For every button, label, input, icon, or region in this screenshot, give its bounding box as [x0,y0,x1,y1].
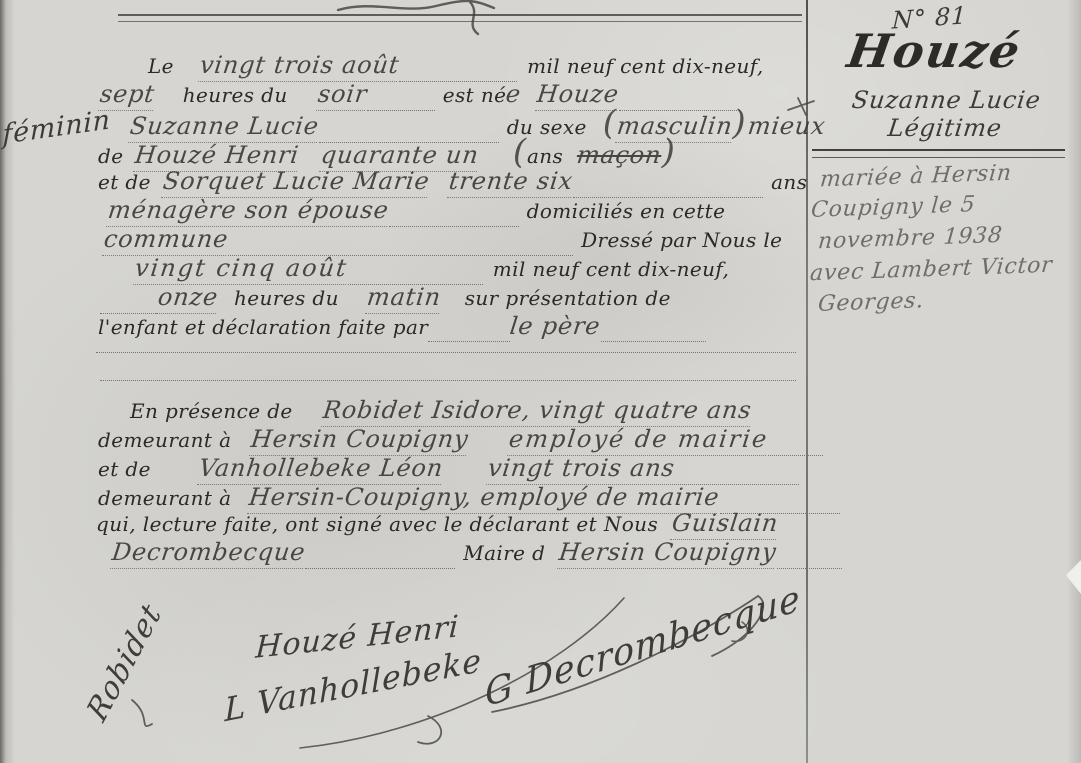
dotted-rule [777,565,842,569]
marriage-note-line: novembre 1938 [817,223,1004,255]
act-line-witness1: En présence de Robidet Isidore, vingt qu… [130,395,751,427]
handwritten-profession: employé de mairie [507,424,770,456]
handwritten-paren: ) [732,108,746,138]
act-line-witness2: et de Vanhollebeke Léon vingt trois ans [98,453,799,485]
handwritten-residence: Hersin Coupigny [249,424,470,456]
printed-text: domiciliés en cette [527,196,726,226]
marriage-note-line: avec Lambert Victor [809,253,1054,287]
handwritten-time-of-day: soir [316,79,369,111]
empty-dotted-rule [96,352,796,353]
act-line-declarant: l'enfant et déclaration faite par le pèr… [98,311,706,342]
marriage-note-line: Coupigny le 5 [810,192,977,223]
top-cutoff-writing [338,1,494,10]
handwritten-birth-date: vingt trois août [198,50,401,82]
handwritten-commune: commune [102,224,230,256]
act-line-profession: ménagère son épouse domiciliés en cette [108,195,725,227]
handwritten-declarant: le père [508,311,602,341]
handwritten-paren: ) [662,137,676,167]
act-line-closing: qui, lecture faite, ont signé avec le dé… [96,508,778,540]
handwritten-witness2-age: vingt trois ans [486,453,677,485]
printed-text: En présence de [130,396,293,426]
act-separator-double-rule [118,14,802,22]
margin-note-feminin: féminin [3,104,111,151]
marriage-note-line: Georges. [817,288,925,317]
handwritten-time-of-day: matin [365,282,443,314]
handwritten-paren: ( [603,108,617,138]
empty-dotted-rule [100,380,796,381]
robidet-flourish [132,700,152,726]
page-edge-tear [1066,560,1081,594]
printed-text: heures du [234,283,339,313]
margin-child-given-names: Suzanne Lucie [850,86,1042,114]
handwritten-correction-word: mieux [747,111,828,141]
handwritten-commune: Hersin Coupigny [557,537,778,569]
printed-text: Maire d [463,538,545,568]
handwritten-mother-name: Sorquet Lucie Marie [161,166,431,198]
printed-text: ans [771,167,807,197]
handwritten-record-date: vingt cinq août [133,253,350,285]
handwritten-paren: ( [513,137,527,167]
printed-text: Le [148,51,174,81]
printed-text: et de [98,454,151,484]
printed-text: est né [443,80,507,110]
handwritten-mayor-surname: Decrombecque [110,537,307,569]
printed-text: mil neuf cent dix-neuf, [527,51,764,81]
handwritten-hour: sept [98,79,157,111]
marriage-note-line: mariée à Hersin [819,161,1013,193]
act-line-witness1-residence: demeurant à Hersin Coupigny employé de m… [98,424,823,456]
act-line-mayor: Decrombecque Maire d Hersin Coupigny [112,537,842,569]
handwritten-hour: onze [156,282,220,314]
handwritten-mother-age: trente six [447,166,575,198]
printed-text: demeurant à [98,425,231,455]
act-line-record-hour: onze heures du matin sur présentation de [100,282,671,314]
act-line-mother: et de Sorquet Lucie Marie trente six ans [98,166,807,198]
act-line-record-date: vingt cinq août mil neuf cent dix-neuf, [135,253,729,285]
printed-text: sur présentation de [465,283,671,313]
act-line-commune: commune Dressé par Nous le [104,224,782,256]
signature-witness1: Robidet [81,597,168,729]
printed-text: Dressé par Nous le [581,225,782,255]
printed-text: mil neuf cent dix-neuf, [493,254,730,284]
registry-page: féminin N° 81 Houzé Suzanne Lucie Légiti… [0,0,1081,763]
dotted-rule [305,565,455,569]
dotted-rule [601,338,706,342]
printed-text: et de [98,167,151,197]
printed-text: l'enfant et déclaration faite par [98,312,428,342]
signature-mayor: G Decrombecque [483,577,802,715]
margin-child-surname: Houzé [844,24,1026,78]
handwritten-witness1: Robidet Isidore, vingt quatre ans [321,395,753,427]
printed-text: heures du [183,80,288,110]
margin-double-rule [812,149,1065,158]
handwritten-mayor-first-name: Guislain [670,508,780,540]
act-line-hour: sept heures du soir est né e Houze [100,79,737,111]
handwritten-added-letter: e [505,79,524,109]
handwritten-witness2: Vanhollebeke Léon [197,453,445,485]
dotted-rule [428,338,510,342]
vanhollebeke-loop [418,716,441,744]
printed-text: qui, lecture faite, ont signé avec le dé… [96,509,658,539]
act-line-date: Le vingt trois août mil neuf cent dix-ne… [148,50,764,82]
handwritten-mother-profession: ménagère son épouse [106,195,391,227]
margin-filiation: Légitime [886,114,1003,142]
